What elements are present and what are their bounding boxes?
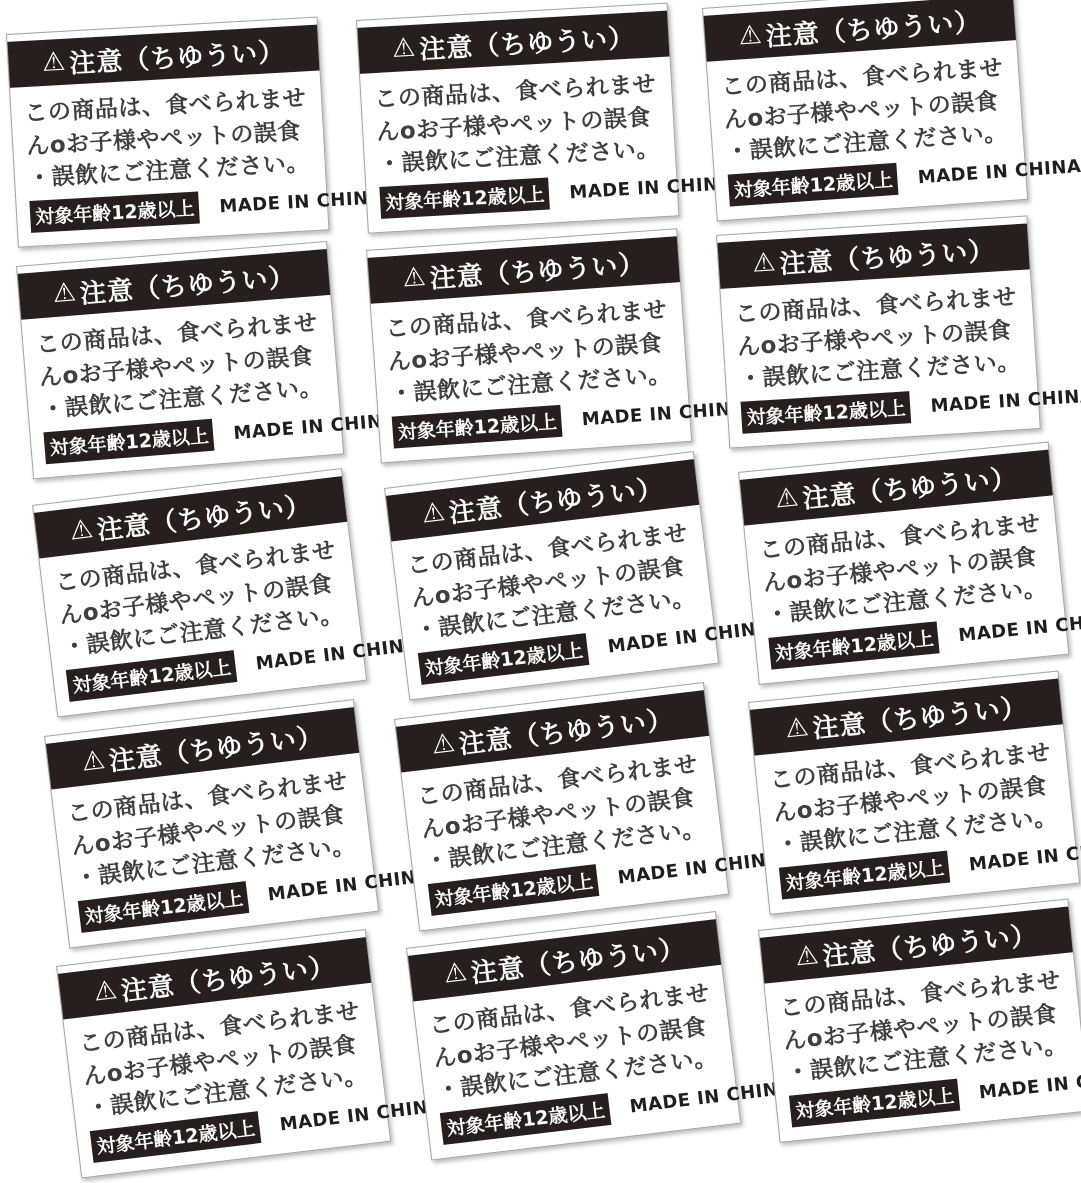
label-header-text: 注意（ちゆうい） xyxy=(778,230,996,280)
warning-label: ⚠注意（ちゆうい） この商品は、食べられませ んoお子様やペットの誤食 ・誤飲に… xyxy=(702,0,1028,221)
warning-label: ⚠注意（ちゆうい） この商品は、食べられませ んoお子様やペットの誤食 ・誤飲に… xyxy=(716,215,1041,448)
warning-triangle-icon: ⚠ xyxy=(751,247,777,278)
label-header-text: 注意（ちゆうい） xyxy=(811,686,1030,745)
label-header-text: 注意（ちゆうい） xyxy=(119,946,338,1008)
made-in-china-text: MADE IN CHINA xyxy=(569,173,734,203)
label-header-text: 注意（ちゆうい） xyxy=(68,31,286,80)
made-in-china-text: MADE IN CHINA xyxy=(930,385,1081,416)
made-in-china-text: MADE IN CHINA xyxy=(957,609,1081,646)
made-in-china-text: MADE IN CHINA xyxy=(279,1095,444,1135)
warning-triangle-icon: ⚠ xyxy=(52,277,79,309)
warning-triangle-icon: ⚠ xyxy=(391,33,417,64)
made-in-china-text: MADE IN CHINA xyxy=(629,1077,794,1117)
label-body-text: この商品は、食べられませ んoお子様やペットの誤食 ・誤飲にご注意ください。 xyxy=(374,68,665,182)
warning-label: ⚠注意（ちゆうい） この商品は、食べられませ んoお子様やペットの誤食 ・誤飲に… xyxy=(356,3,679,234)
warning-label: ⚠注意（ちゆうい） この商品は、食べられませ んoお子様やペットの誤食 ・誤飲に… xyxy=(384,451,719,700)
label-body-text: この商品は、食べられませ んoお子様やペットの誤食 ・誤飲にご注意ください。 xyxy=(721,52,1013,170)
warning-triangle-icon: ⚠ xyxy=(420,497,448,530)
label-header-text: 注意（ちゆうい） xyxy=(764,1,982,53)
label-header-bar: ⚠注意（ちゆうい） xyxy=(704,0,1016,62)
made-in-china-text: MADE IN CHINA xyxy=(581,397,746,429)
label-header-bar: ⚠注意（ちゆうい） xyxy=(368,236,680,304)
label-header-bar: ⚠注意（ちゆうい） xyxy=(7,25,319,88)
warning-label: ⚠注意（ちゆうい） この商品は、食べられませ んoお子様やペットの誤食 ・誤飲に… xyxy=(16,241,344,479)
warning-label: ⚠注意（ちゆうい） この商品は、食べられませ んoお子様やペットの誤食 ・誤飲に… xyxy=(32,468,367,717)
warning-label: ⚠注意（ちゆうい） この商品は、食べられませ んoお子様やペットの誤食 ・誤飲に… xyxy=(44,699,379,948)
label-header-bar: ⚠注意（ちゆうい） xyxy=(718,223,1030,288)
label-header-bar: ⚠注意（ちゆうい） xyxy=(357,11,669,74)
warning-label: ⚠注意（ちゆうい） この商品は、食べられませ んoお子様やペットの誤食 ・誤飲に… xyxy=(56,929,391,1178)
label-body-text: この商品は、食べられませ んoお子様やペットの誤食 ・誤飲にご注意ください。 xyxy=(35,307,328,428)
made-in-china-text: MADE IN CHINA xyxy=(219,187,384,217)
label-header-text: 注意（ちゆうい） xyxy=(78,256,296,310)
made-in-china-text: MADE IN CHINA xyxy=(267,865,432,905)
warning-triangle-icon: ⚠ xyxy=(41,47,67,78)
warning-label: ⚠注意（ちゆうい） この商品は、食べられませ んoお子様やペットの誤食 ・誤飲に… xyxy=(366,228,692,463)
warning-label: ⚠注意（ちゆうい） この商品は、食べられませ んoお子様やペットの誤食 ・誤飲に… xyxy=(738,442,1069,685)
warning-triangle-icon: ⚠ xyxy=(737,20,763,52)
warning-triangle-icon: ⚠ xyxy=(774,482,801,514)
made-in-china-text: MADE IN CHINA xyxy=(917,155,1081,187)
age-badge: 対象年齢12歳以上 xyxy=(392,405,563,449)
label-header-text: 注意（ちゆうい） xyxy=(801,457,1020,515)
warning-triangle-icon: ⚠ xyxy=(68,514,96,547)
warning-triangle-icon: ⚠ xyxy=(430,728,458,761)
age-badge: 対象年齢12歳以上 xyxy=(379,177,550,218)
label-header-text: 注意（ちゆうい） xyxy=(95,485,314,547)
made-in-china-text: MADE IN CHINA xyxy=(233,409,398,443)
age-badge: 対象年齢12歳以上 xyxy=(741,391,912,434)
warning-label: ⚠注意（ちゆうい） この商品は、食べられませ んoお子様やペットの誤食 ・誤飲に… xyxy=(758,898,1081,1142)
warning-label: ⚠注意（ちゆうい） この商品は、食べられませ んoお子様やペットの誤食 ・誤飲に… xyxy=(406,911,741,1160)
warning-triangle-icon: ⚠ xyxy=(92,975,120,1008)
label-header-text: 注意（ちゆうい） xyxy=(447,468,666,530)
made-in-china-text: MADE IN CHINA xyxy=(617,848,782,888)
warning-triangle-icon: ⚠ xyxy=(794,940,821,972)
label-header-text: 注意（ちゆうい） xyxy=(457,699,676,761)
label-header-text: 注意（ちゆうい） xyxy=(469,928,688,990)
warning-label: ⚠注意（ちゆうい） この商品は、食べられませ んoお子様やペットの誤食 ・誤飲に… xyxy=(6,17,329,248)
warning-triangle-icon: ⚠ xyxy=(401,262,427,294)
label-header-text: 注意（ちゆうい） xyxy=(821,914,1040,973)
age-badge: 対象年齢12歳以上 xyxy=(29,191,200,232)
label-body-text: この商品は、食べられませ んoお子様やペットの誤食 ・誤飲にご注意ください。 xyxy=(385,294,677,412)
age-badge: 対象年齢12歳以上 xyxy=(728,163,899,207)
sticker-sheet: ⚠注意（ちゆうい） この商品は、食べられませ んoお子様やペットの誤食 ・誤飲に… xyxy=(0,0,1081,1183)
made-in-china-text: MADE IN CHINA xyxy=(255,634,420,674)
made-in-china-text: MADE IN CHINA xyxy=(607,617,772,657)
made-in-china-text: MADE IN CHINA xyxy=(968,837,1081,874)
label-header-text: 注意（ちゆうい） xyxy=(418,17,636,66)
age-badge: 対象年齢12歳以上 xyxy=(43,419,214,464)
label-header-text: 注意（ちゆうい） xyxy=(107,716,326,778)
warning-triangle-icon: ⚠ xyxy=(80,745,108,778)
label-body-text: この商品は、食べられませ んoお子様やペットの誤食 ・誤飲にご注意ください。 xyxy=(24,82,315,196)
warning-label: ⚠注意（ちゆうい） この商品は、食べられませ んoお子様やペットの誤食 ・誤飲に… xyxy=(748,670,1080,914)
label-header-text: 注意（ちゆうい） xyxy=(428,243,646,295)
label-body-text: この商品は、食べられませ んoお子様やペットの誤食 ・誤飲にご注意ください。 xyxy=(734,281,1026,397)
warning-triangle-icon: ⚠ xyxy=(784,712,811,744)
made-in-china-text: MADE IN CHINA xyxy=(978,1065,1081,1102)
warning-triangle-icon: ⚠ xyxy=(442,957,470,990)
warning-label: ⚠注意（ちゆうい） この商品は、食べられませ んoお子様やペットの誤食 ・誤飲に… xyxy=(394,682,729,931)
